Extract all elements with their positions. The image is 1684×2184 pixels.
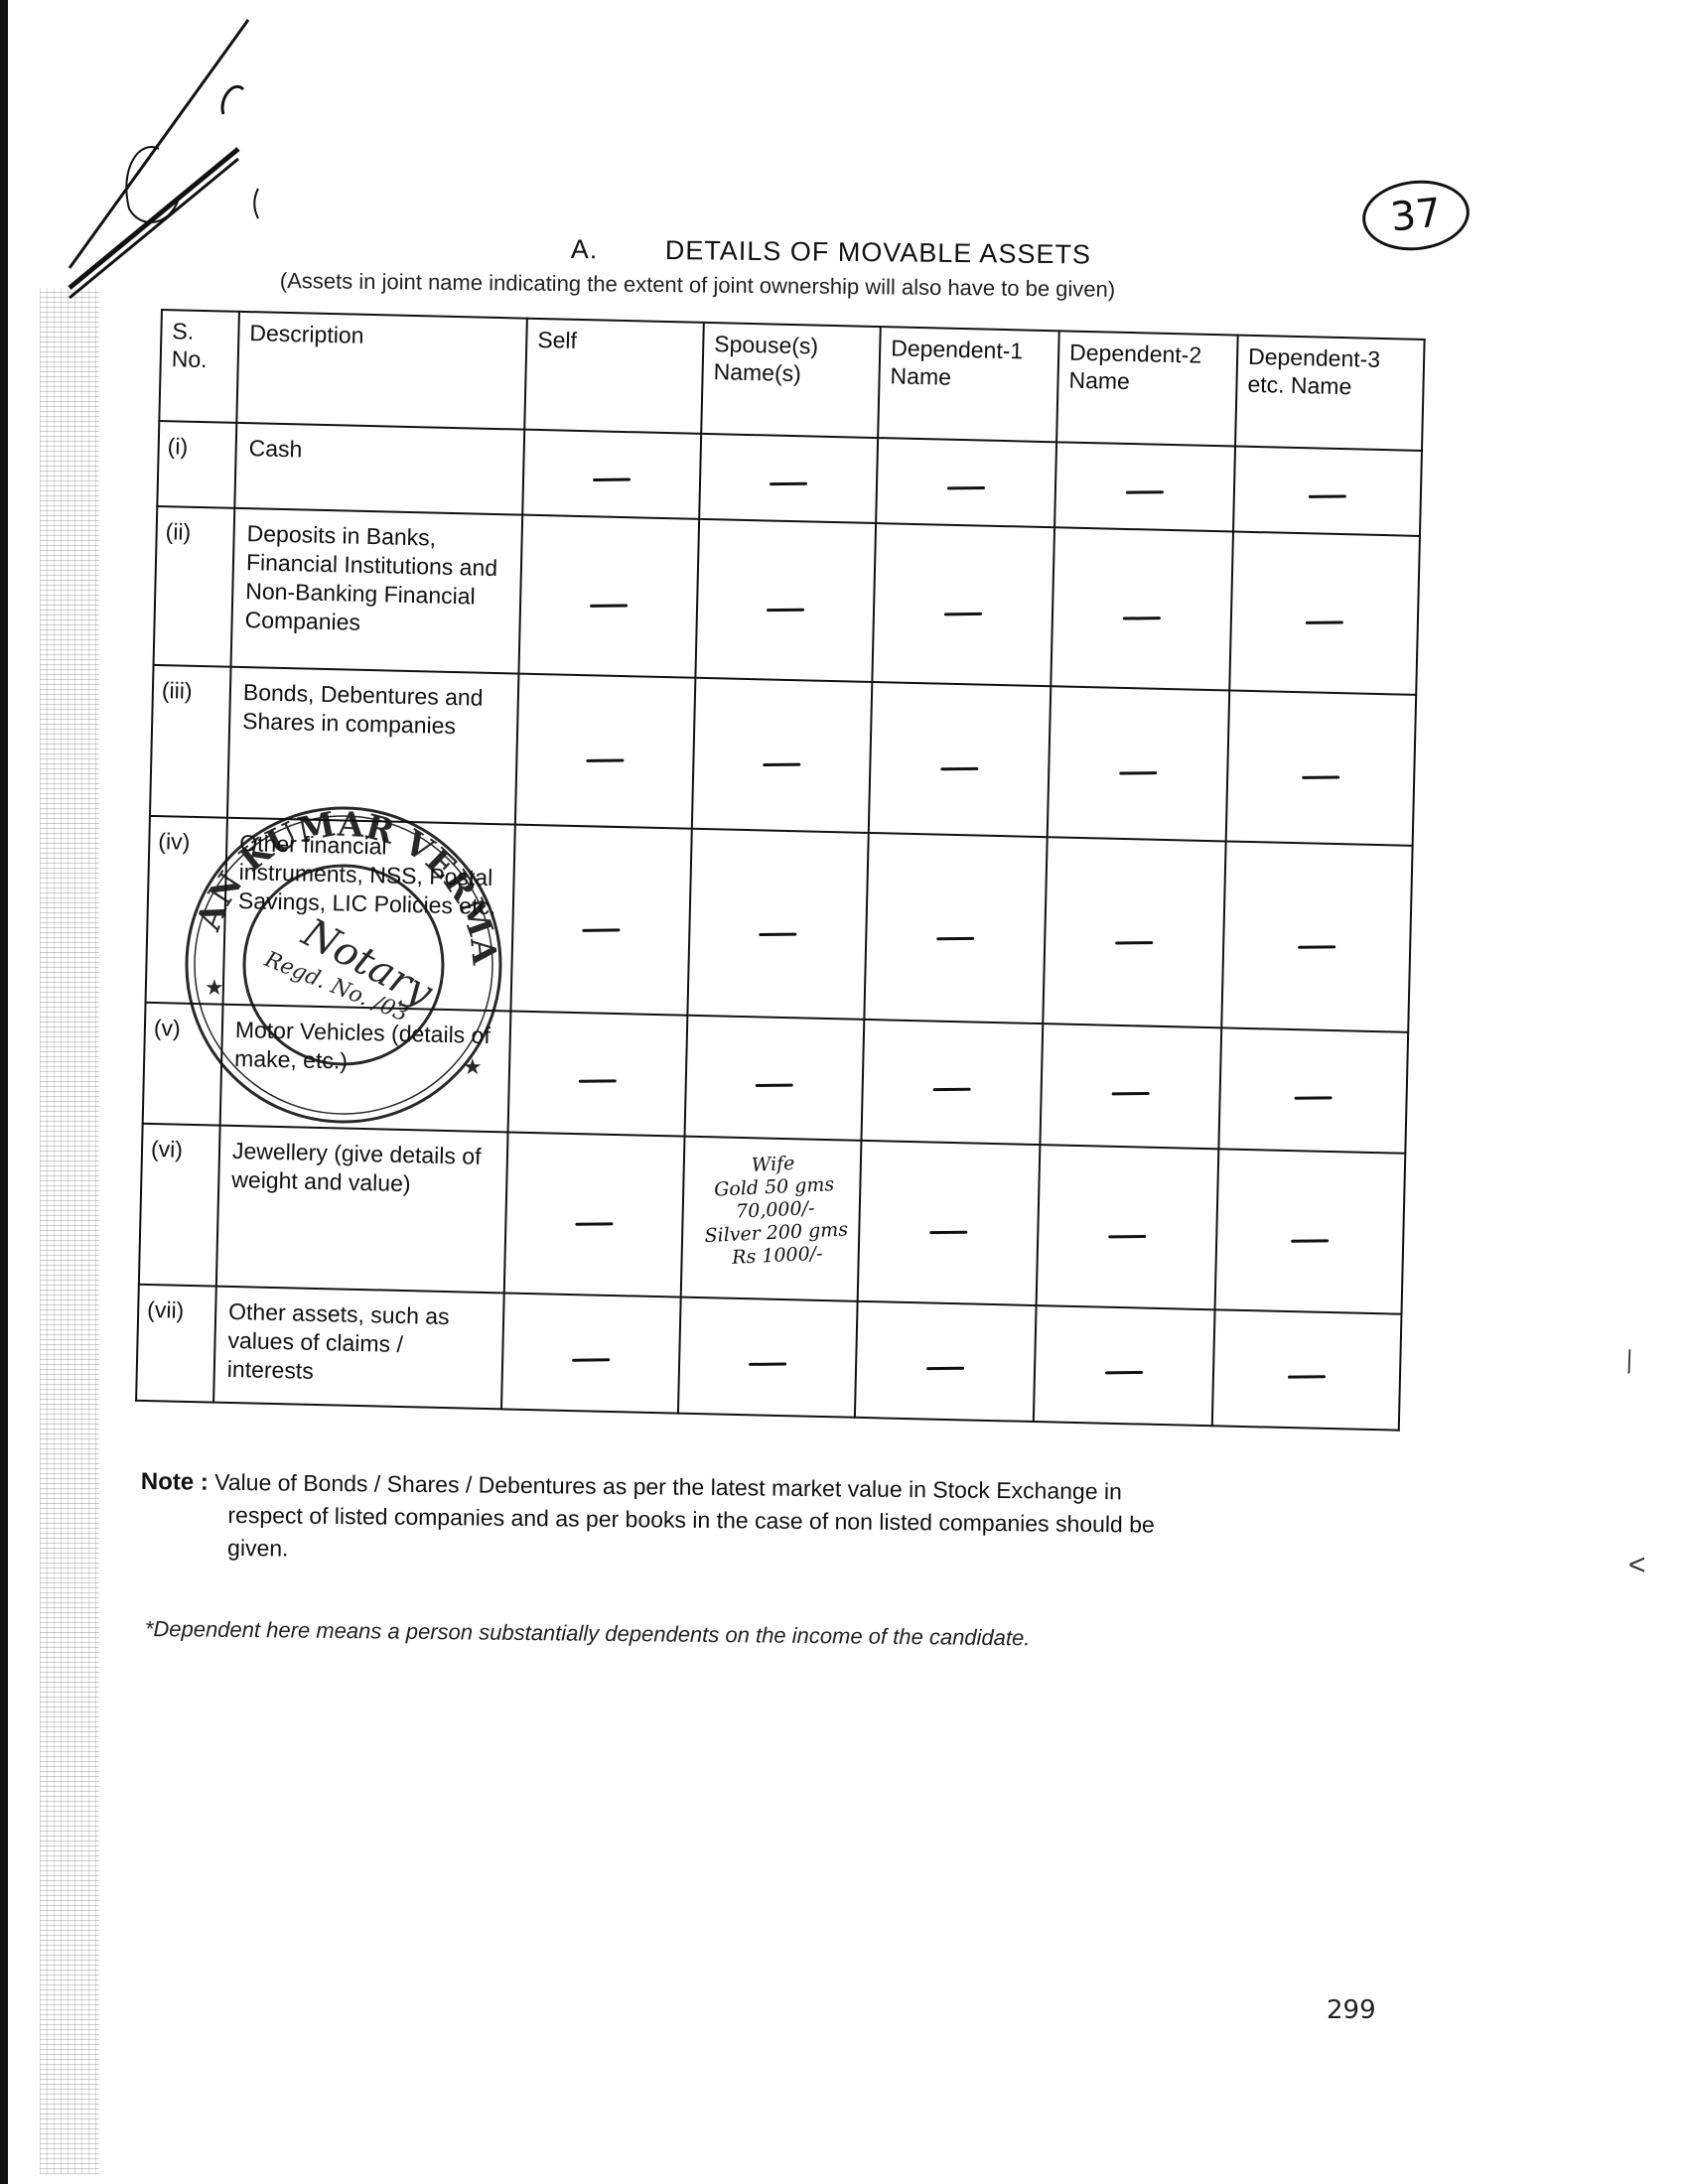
cell-dependent-1 [855,1301,1037,1422]
cell-dependent-2 [1054,442,1235,531]
note-line-1: Value of Bonds / Shares / Debentures as … [214,1469,1122,1505]
cell-dependent-3 [1212,1309,1402,1430]
cell-spouse [695,519,876,682]
nil-dash [1295,1096,1333,1099]
cell-dependent-1 [869,682,1052,837]
header-sno: S. No. [159,310,239,423]
cell-dependent-3 [1218,1027,1408,1153]
cell-sno: (vii) [136,1285,216,1403]
cell-dependent-3 [1221,841,1412,1031]
nil-dash [575,1222,613,1225]
table-row: (vi)Jewellery (give details of weight an… [139,1124,1405,1314]
cell-sno: (iv) [146,816,227,1005]
circled-page-number: 37 [1359,176,1473,256]
nil-dash [926,1367,964,1370]
section-heading: A.DETAILS OF MOVABLE ASSETS [571,234,1091,270]
scan-edge [0,0,8,2184]
nil-dash [759,933,796,936]
nil-dash [947,486,985,489]
header-dependent-2: Dependent-2 Name [1056,331,1238,446]
nil-dash [1108,1235,1146,1238]
section-subtitle: (Assets in joint name indicating the ext… [280,268,1116,303]
cell-spouse [678,1297,858,1418]
nil-dash [929,1231,967,1234]
cell-self [504,1132,685,1297]
cell-dependent-2 [1048,686,1230,841]
nil-dash [940,766,978,769]
cell-sno: (v) [143,1003,223,1126]
cell-dependent-2 [1037,1145,1219,1309]
cell-self [518,515,699,678]
cell-self [501,1293,681,1413]
margin-mark: ⁄ [1620,1346,1641,1378]
movable-assets-table: S. No. Description Self Spouse(s) Name(s… [135,309,1426,1432]
nil-dash [579,1079,617,1082]
nil-dash [763,762,800,765]
handwritten-entry: WifeGold 50 gms70,000/-Silver 200 gmsRs … [695,1150,855,1271]
section-letter: A. [571,234,665,266]
nil-dash [593,478,631,481]
cell-dependent-3 [1226,690,1417,845]
nil-dash [572,1359,610,1362]
cell-self [515,674,696,829]
header-self: Self [524,319,704,434]
nil-dash [944,613,982,615]
margin-mark: < [1628,1549,1646,1582]
cell-dependent-2 [1043,837,1225,1027]
cell-dependent-2 [1040,1024,1221,1149]
header-dependent-3: Dependent-3 etc. Name [1235,336,1425,451]
cell-dependent-2 [1034,1305,1215,1426]
note-label: Note : [141,1468,209,1496]
page-number: 299 [1327,1995,1376,2025]
nil-dash [1309,495,1346,498]
cell-description: Jewellery (give details of weight and va… [216,1126,508,1294]
cell-dependent-2 [1051,527,1233,690]
scan-noise [40,288,99,2174]
movable-assets-table-wrap: S. No. Description Self Spouse(s) Name(s… [135,309,1426,1432]
cell-description: Motor Vehicles (details of make, etc.) [220,1005,511,1133]
nil-dash [590,604,628,607]
nil-dash [1298,946,1335,949]
header-dependent-1: Dependent-1 Name [878,327,1059,442]
nil-dash [933,1088,971,1091]
nil-dash [1126,490,1164,493]
cell-dependent-1 [864,833,1047,1024]
cell-self [522,430,701,519]
nil-dash [770,482,807,485]
nil-dash [586,758,624,761]
header-spouse: Spouse(s) Name(s) [701,323,881,438]
nil-dash [767,609,804,612]
cell-dependent-3 [1229,532,1420,695]
nil-dash [1112,1092,1150,1095]
cell-description: Cash [234,423,524,515]
nil-dash [1105,1371,1143,1374]
dependent-footnote: *Dependent here means a person substanti… [145,1616,1031,1651]
cell-dependent-1 [876,438,1056,527]
cell-description: Bonds, Debentures and Shares in companie… [227,667,519,825]
cell-description: Deposits in Banks, Financial Institution… [231,508,523,674]
nil-dash [756,1084,793,1087]
cell-dependent-3 [1215,1149,1406,1313]
table-row: (ii)Deposits in Banks, Financial Institu… [154,506,1420,695]
cell-dependent-1 [861,1020,1043,1145]
cell-spouse [685,1016,865,1141]
cell-spouse [692,678,873,833]
cell-description: Other assets, such as values of claims /… [213,1287,504,1410]
nil-dash [1119,771,1157,774]
cell-dependent-1 [872,523,1054,686]
nil-dash [582,929,620,932]
cell-sno: (i) [157,421,236,508]
section-title: DETAILS OF MOVABLE ASSETS [665,235,1091,269]
table-row: (iv)Other financial instruments, NSS, Po… [146,816,1413,1032]
cell-spouse: WifeGold 50 gms70,000/-Silver 200 gmsRs … [681,1137,862,1301]
cell-spouse [699,434,878,523]
nil-dash [1288,1376,1326,1379]
table-row: (iii)Bonds, Debentures and Shares in com… [150,665,1416,846]
cell-spouse [687,829,868,1020]
cell-description: Other financial instruments, NSS, Postal… [223,818,515,1012]
nil-dash [1291,1239,1329,1242]
nil-dash [1123,616,1161,619]
cell-self [510,825,691,1016]
cell-self [508,1011,688,1136]
nil-dash [1306,620,1343,623]
header-description: Description [236,312,527,430]
cell-sno: (vi) [139,1124,220,1287]
cell-dependent-3 [1233,447,1422,536]
nil-dash [749,1363,786,1366]
nil-dash [936,937,974,940]
nil-dash [1302,775,1339,778]
note: Note : Value of Bonds / Shares / Debentu… [140,1465,1392,1576]
cell-dependent-1 [858,1141,1041,1305]
cell-sno: (iii) [150,665,231,818]
cell-sno: (ii) [154,506,235,667]
nil-dash [1115,941,1153,944]
